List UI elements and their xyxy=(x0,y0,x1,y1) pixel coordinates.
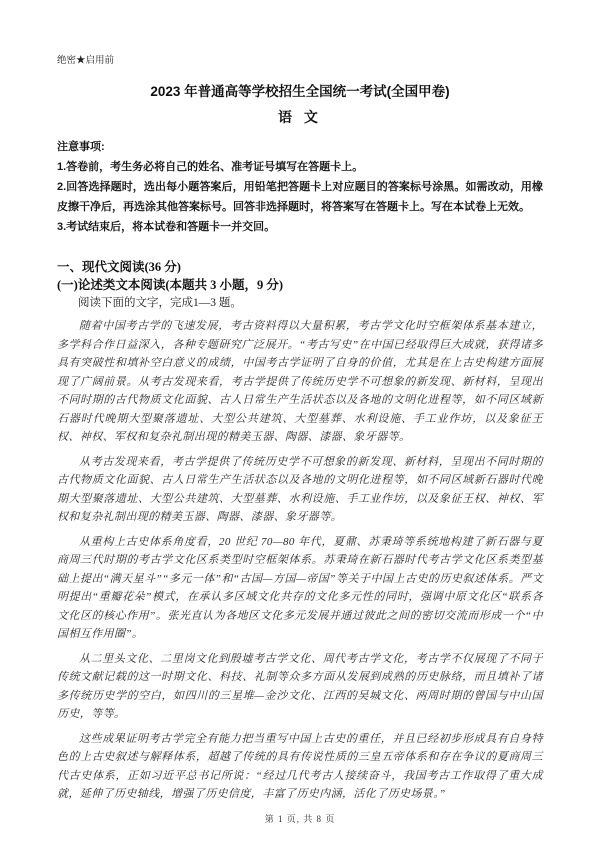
passage-paragraph: 从考古发现来看，考古学提供了传统历史学不可想象的新发现、新材料，呈现出不同时期的… xyxy=(57,453,543,527)
passage-paragraph: 这些成果证明考古学完全有能力把当重写中国上古史的重任，并且已经初步形成具有自身特… xyxy=(57,730,543,804)
passage-paragraph: 随着中国考古学的飞速发展，考古资料得以大量积累，考古学文化时空框架体系基本建立，… xyxy=(57,317,543,447)
notice-item-1: 1.答卷前，考生务必将自己的姓名、准考证号填写在答题卡上。 xyxy=(57,157,543,177)
exam-title: 2023 年普通高等学校招生全国统一考试(全国甲卷) xyxy=(57,83,543,100)
subject-title: 语 文 xyxy=(57,109,543,126)
section-block: 一、现代文阅读(36 分) (一)论述类文本阅读(本题共 3 小题，9 分) 阅… xyxy=(57,258,543,312)
notice-item-3: 3.考试结束后，将本试卷和答题卡一并交回。 xyxy=(57,217,543,237)
passage-paragraph: 从二里头文化、二里岗文化到殷墟考古学文化、周代考古学文化，考古学不仅展现了不同于… xyxy=(57,650,543,724)
subsection-heading: (一)论述类文本阅读(本题共 3 小题，9 分) xyxy=(57,276,543,294)
reading-passage: 随着中国考古学的飞速发展，考古资料得以大量积累，考古学文化时空框架体系基本建立，… xyxy=(57,317,543,804)
passage-paragraph: 从重构上古史体系角度看，20 世纪 70—80 年代，夏鼐、苏秉琦等系统地构建了… xyxy=(57,533,543,644)
section-heading: 一、现代文阅读(36 分) xyxy=(57,258,543,276)
notice-item-2: 2.回答选择题时，选出每小题答案后，用铅笔把答题卡上对应题目的答案标号涂黑。如需… xyxy=(57,177,543,217)
notice-block: 注意事项: 1.答卷前，考生务必将自己的姓名、准考证号填写在答题卡上。 2.回答… xyxy=(57,137,543,237)
page-number: 第 1 页, 共 8 页 xyxy=(0,812,600,825)
classification-label: 绝密★启用前 xyxy=(57,55,543,67)
reading-instruction: 阅读下面的文字，完成1—3 题。 xyxy=(57,294,543,312)
notice-heading: 注意事项: xyxy=(57,137,543,157)
exam-paper-page: 绝密★启用前 2023 年普通高等学校招生全国统一考试(全国甲卷) 语 文 注意… xyxy=(0,0,600,849)
